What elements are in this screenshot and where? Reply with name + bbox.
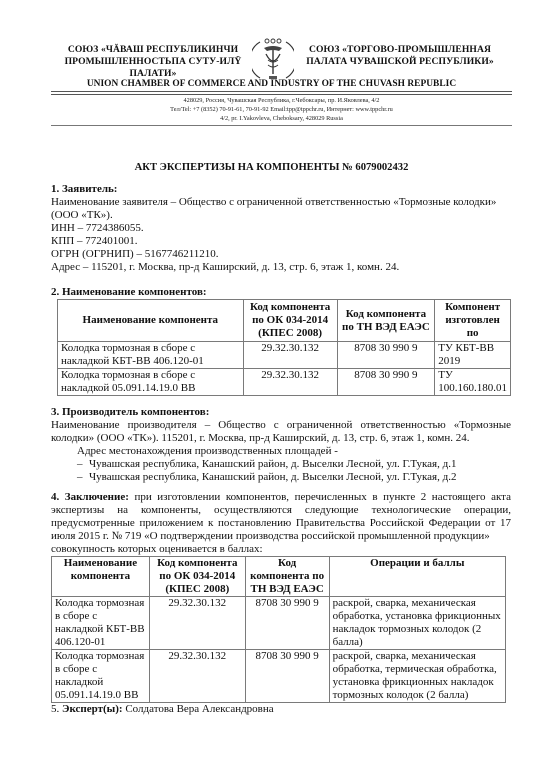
okpd-code: 29.32.30.132 [149, 597, 245, 650]
components-table: Наименование компонента Код компонента п… [57, 299, 511, 396]
component-name: Колодка тормозная в сборе с накладкой 05… [52, 650, 150, 703]
column-header: Операции и баллы [329, 557, 505, 597]
section-expert-label: Эксперт(ы): [62, 703, 123, 715]
section-applicant-heading: 1. Заявитель: [51, 183, 511, 196]
section-conclusion-heading: 4. Заключение: [51, 491, 129, 503]
tnved-code: 8708 30 990 9 [337, 369, 435, 396]
okpd-code: 29.32.30.132 [149, 650, 245, 703]
section-manufacturer-heading: 3. Производитель компонентов: [51, 406, 511, 419]
component-name: Колодка тормозная в сборе с накладкой 05… [58, 369, 244, 396]
column-header: Наименование компонента [58, 300, 244, 342]
org-name-chuvash-line-2: ПРОМЫШЛЕННОСТЬПА СУТУ-ИЛŸ ПАЛАТИ» [58, 56, 248, 80]
tnved-code: 8708 30 990 9 [337, 342, 435, 369]
conclusion-text-tail: совокупность которых оценивается в балла… [51, 543, 511, 556]
section-expert: 5. Эксперт(ы): Солдатова Вера Александро… [51, 703, 511, 716]
header-double-divider [51, 91, 512, 95]
operations-and-points: раскрой, сварка, механическая обработка,… [329, 597, 505, 650]
org-name-chuvash: СОЮЗ «ЧĂВАШ РЕСПУБЛИКИНЧИ ПРОМЫШЛЕННОСТЬ… [58, 44, 248, 80]
org-name-russian: СОЮЗ «ТОРГОВО-ПРОМЫШЛЕННАЯ ПАЛАТА ЧУВАШС… [300, 44, 500, 68]
contact-line: Тел/Tel: +7 (8352) 70-91-61, 70-91-92 Em… [51, 105, 512, 114]
address-line-en: 4/2, pr. I.Yakovleva, Cheboksary, 428029… [51, 114, 512, 123]
production-sites-list: – Чувашская республика, Канашский район,… [51, 458, 511, 484]
table-row: Колодка тормозная в сборе с накладкой 05… [52, 650, 506, 703]
column-header: Код компонента по ТН ВЭД ЕАЭС [245, 557, 329, 597]
table-header-row: Наименование компонента Код компонента п… [52, 557, 506, 597]
address-line-ru: 428029, Россия, Чувашская Республика, г.… [51, 96, 512, 105]
column-header: Компонент изготовлен по [435, 300, 511, 342]
section-expert-number: 5. [51, 703, 59, 715]
applicant-address: Адрес – 115201, г. Москва, пр-д Каширски… [51, 261, 511, 274]
conclusion-text: 4. Заключение: при изготовлении компонен… [51, 491, 511, 543]
applicant-inn: ИНН – 7724386055. [51, 222, 511, 235]
column-header: Наименование компонента [52, 557, 150, 597]
component-name: Колодка тормозная в сборе с накладкой КБ… [52, 597, 150, 650]
dash-bullet: – [77, 471, 83, 484]
section-manufacturer: 3. Производитель компонентов: Наименован… [51, 406, 511, 484]
contact-address-block: 428029, Россия, Чувашская Республика, г.… [51, 96, 512, 123]
applicant-kpp: КПП – 772401001. [51, 235, 511, 248]
table-header-row: Наименование компонента Код компонента п… [58, 300, 511, 342]
column-header: Код компонента по ОК 034-2014 (КПЕС 2008… [243, 300, 337, 342]
org-name-russian-line-2: ПАЛАТА ЧУВАШСКОЙ РЕСПУБЛИКИ» [300, 56, 500, 68]
table-row: Колодка тормозная в сборе с накладкой КБ… [52, 597, 506, 650]
section-components-heading: 2. Наименование компонентов: [51, 286, 511, 299]
header-divider [51, 125, 512, 126]
operations-and-points: раскрой, сварка, механическая обработка,… [329, 650, 505, 703]
manufacturer-text: Наименование производителя – Общество с … [51, 419, 511, 445]
expert-name: Солдатова Вера Александровна [123, 703, 274, 715]
component-name: Колодка тормозная в сборе с накладкой КБ… [58, 342, 244, 369]
chamber-emblem-icon [252, 34, 294, 84]
applicant-short-name: (ООО «ТК»). [51, 209, 511, 222]
org-name-chuvash-line-1: СОЮЗ «ЧĂВАШ РЕСПУБЛИКИНЧИ [58, 44, 248, 56]
list-item: – Чувашская республика, Канашский район,… [51, 458, 511, 471]
tnved-code: 8708 30 990 9 [245, 650, 329, 703]
production-site: Чувашская республика, Канашский район, д… [89, 471, 456, 483]
column-header: Код компонента по ОК 034-2014 (КПЕС 2008… [149, 557, 245, 597]
section-conclusion: 4. Заключение: при изготовлении компонен… [51, 491, 511, 556]
section-applicant: 1. Заявитель: Наименование заявителя – О… [51, 183, 511, 274]
applicant-ogrn: ОГРН (ОГРНИП) – 5167746211210. [51, 248, 511, 261]
manufactured-by: ТУ КБТ-ВВ 2019 [435, 342, 511, 369]
list-item: – Чувашская республика, Канашский район,… [51, 471, 511, 484]
production-site: Чувашская республика, Канашский район, д… [89, 458, 456, 470]
table-row: Колодка тормозная в сборе с накладкой 05… [58, 369, 511, 396]
dash-bullet: – [77, 458, 83, 471]
operations-table: Наименование компонента Код компонента п… [51, 556, 506, 703]
okpd-code: 29.32.30.132 [243, 342, 337, 369]
applicant-name: Наименование заявителя – Общество с огра… [51, 196, 511, 209]
document-title: АКТ ЭКСПЕРТИЗЫ НА КОМПОНЕНТЫ № 607900243… [40, 162, 503, 173]
column-header: Код компонента по ТН ВЭД ЕАЭС [337, 300, 435, 342]
tnved-code: 8708 30 990 9 [245, 597, 329, 650]
table-row: Колодка тормозная в сборе с накладкой КБ… [58, 342, 511, 369]
org-name-russian-line-1: СОЮЗ «ТОРГОВО-ПРОМЫШЛЕННАЯ [300, 44, 500, 56]
union-title: UNION CHAMBER OF COMMERCE AND INDUSTRY O… [40, 79, 503, 89]
okpd-code: 29.32.30.132 [243, 369, 337, 396]
production-sites-label: Адрес местонахождения производственных п… [51, 445, 511, 458]
manufactured-by: ТУ 100.160.180.01 [435, 369, 511, 396]
